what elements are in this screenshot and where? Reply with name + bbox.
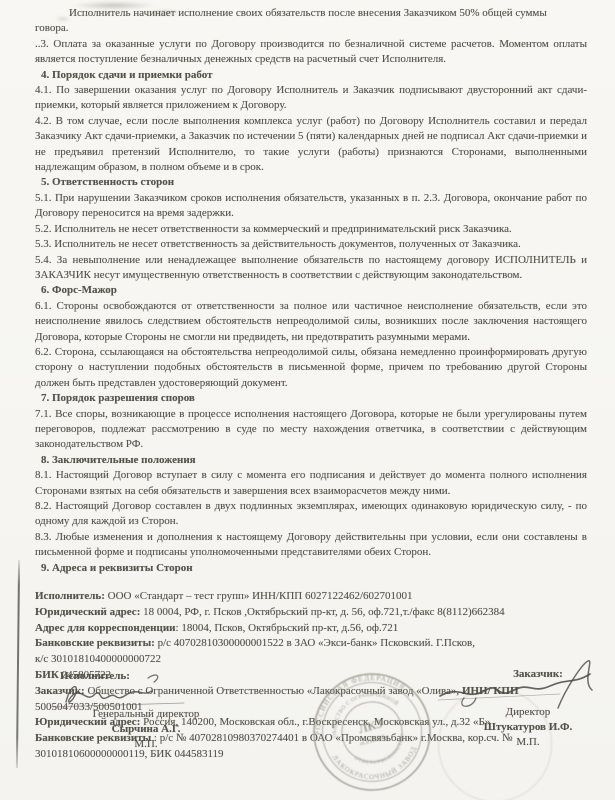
- paragraph: 5.3. Исполнитель не несет ответственност…: [35, 237, 587, 252]
- document-body: Исполнитель начинает исполнение своих об…: [35, 6, 587, 763]
- executor-title: Генеральный директор: [56, 708, 236, 720]
- executor-role-label: Исполнитель:: [56, 670, 236, 682]
- signature-block-customer: Заказчик: Директор Штукатуров И.Ф. М.П.: [448, 668, 608, 748]
- executor-seal-mark: М.П.: [56, 738, 236, 750]
- signature-block-executor: Исполнитель: Генеральный директор Сырчин…: [56, 670, 236, 750]
- paragraph: 7.1. Все споры, возникающие в процессе и…: [35, 407, 587, 453]
- executor-name: Сырчина А.Г.: [56, 723, 236, 735]
- requisite-line: Банковские реквизиты: р/с 40702810300000…: [35, 636, 587, 652]
- paragraph: говора.: [35, 21, 587, 36]
- section-heading: 5. Ответственность сторон: [35, 175, 587, 190]
- paragraph: 5.2. Исполнитель не несет ответственност…: [35, 222, 587, 237]
- customer-title: Директор: [448, 706, 608, 718]
- customer-role-label: Заказчик:: [448, 668, 608, 680]
- paragraph: Исполнитель начинает исполнение своих об…: [35, 6, 587, 21]
- paragraph: 5.4. За невыполнение или ненадлежащее вы…: [35, 253, 587, 284]
- round-stamp: РОССИЙСКАЯ ФЕДЕРАЦИЯ ЛАКОКРАСОЧНЫЙ ЗАВОД…: [306, 666, 438, 798]
- customer-seal-mark: М.П.: [448, 736, 608, 748]
- requisite-line: Юридический адрес: 18 0004, РФ, г. Псков…: [35, 605, 587, 621]
- paragraph: 6.1. Стороны освобождаются от ответствен…: [35, 299, 587, 345]
- paragraph: ..3. Оплата за оказанные услуги по Догов…: [35, 37, 587, 68]
- section-heading: 9. Адреса и реквизиты Сторон: [35, 561, 587, 576]
- requisite-line: Адрес для корреспонденции: 18004, Псков,…: [35, 621, 587, 637]
- paragraph: 8.2. Настоящий Договор составлен в двух …: [35, 499, 587, 530]
- section-heading: 4. Порядок сдачи и приемки работ: [35, 68, 587, 83]
- paragraph: 8.1. Настоящий Договор вступает в силу с…: [35, 468, 587, 499]
- paragraph: 6.2. Сторона, ссылающаяся на обстоятельс…: [35, 345, 587, 391]
- section-heading: 7. Порядок разрешения споров: [35, 391, 587, 406]
- customer-name: Штукатуров И.Ф.: [448, 721, 608, 733]
- paragraph: 5.1. При нарушении Заказчиком сроков исп…: [35, 191, 587, 222]
- page-fold-line: [16, 560, 20, 768]
- requisite-line: Исполнитель: ООО «Стандарт – тест групп»…: [35, 589, 587, 605]
- paragraph: 4.1. По завершении оказания услуг по Дог…: [35, 83, 587, 114]
- section-heading: 6. Форс-Мажор: [35, 283, 587, 298]
- scanned-contract-page: Исполнитель начинает исполнение своих об…: [0, 0, 615, 800]
- section-heading: 8. Заключительные положения: [35, 453, 587, 468]
- paragraph: 8.3. Любые изменения и дополнения к наст…: [35, 530, 587, 561]
- paragraph: 4.2. В том случае, если после выполнения…: [35, 114, 587, 176]
